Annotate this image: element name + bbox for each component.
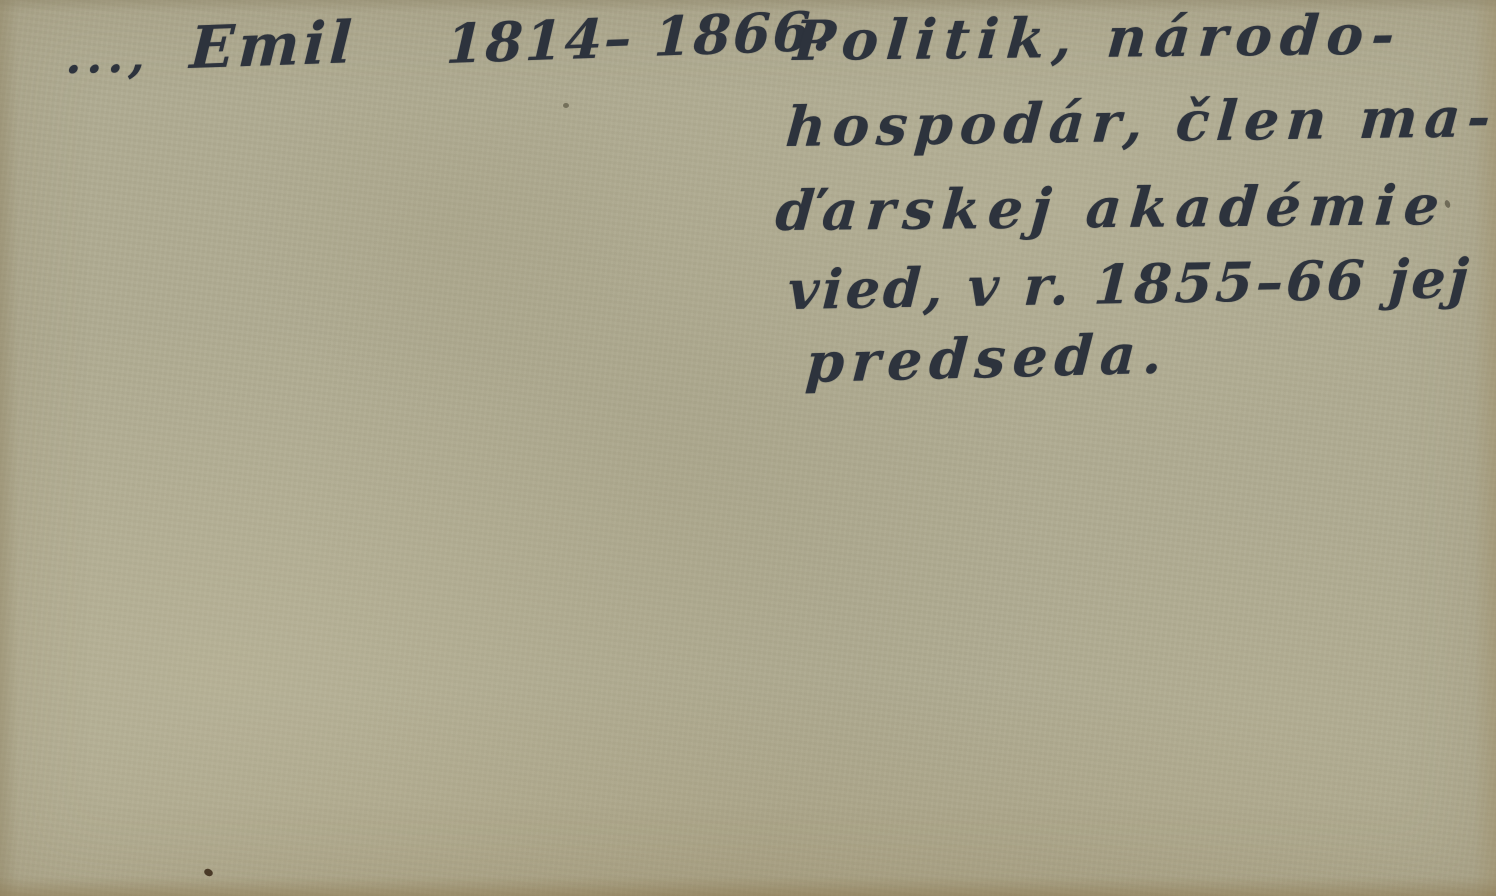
description-line-1: Politik, národo-: [791, 2, 1404, 73]
description-line-2: hospodár, člen ma-: [784, 84, 1496, 159]
index-card: ..., Emil 1814– 1866. Politik, národo- h…: [0, 0, 1496, 896]
description-line-5: predseda.: [804, 320, 1171, 395]
entry-prefix: ...,: [65, 29, 152, 85]
person-name: Emil: [188, 8, 357, 82]
life-dates: 1814– 1866.: [445, 0, 834, 76]
description-line-4: vied, v r. 1855–66 jej: [786, 246, 1473, 322]
paper-speck: [203, 867, 214, 877]
card-edge-shading-bottom: [0, 876, 1496, 896]
description-line-3: ďarskej akadémie: [773, 172, 1449, 243]
paper-speck: [563, 103, 569, 108]
card-edge-shading-left: [0, 0, 18, 896]
